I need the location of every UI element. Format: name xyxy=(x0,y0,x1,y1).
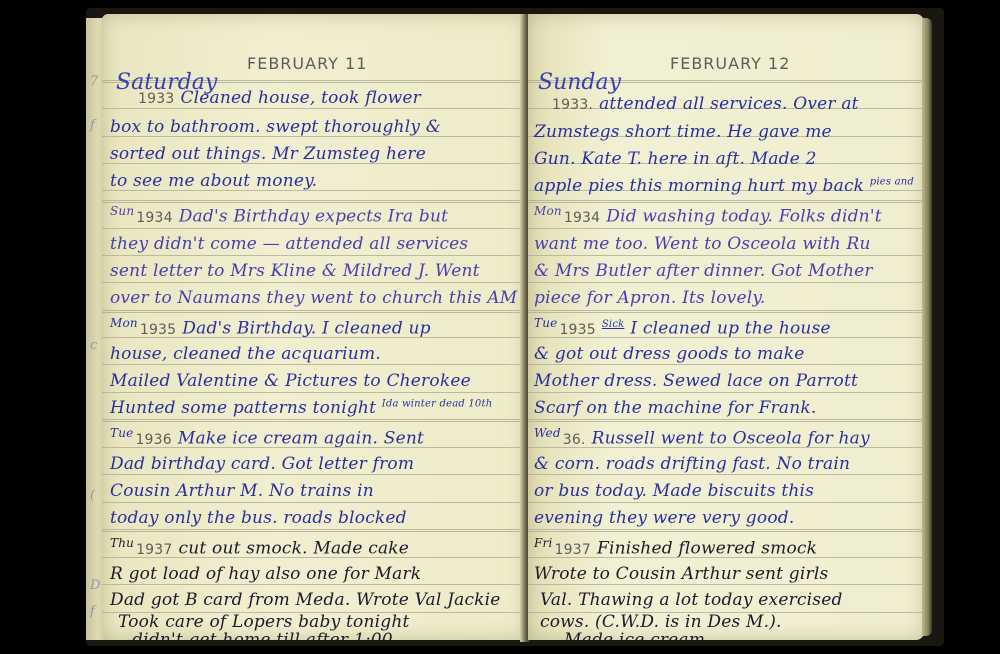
ruled-line xyxy=(528,282,924,283)
entry-line: didn't get home till after 1:00 xyxy=(132,630,393,640)
entry-line: 1933.attended all services. Over at xyxy=(552,94,859,114)
right-page: FEBRUARY 12 Sunday 1933.attended all ser… xyxy=(528,14,924,640)
ruled-line xyxy=(102,364,526,365)
margin-note: Ida winter dead 10th xyxy=(382,398,493,409)
entry-line: apple pies this morning hurt my back pie… xyxy=(534,176,914,196)
entry-line: Tue1936Make ice cream again. Sent xyxy=(110,426,424,449)
entry-line: they didn't come — attended all services xyxy=(110,234,468,254)
entry-line: over to Naumans they went to church this… xyxy=(110,288,517,308)
entry-year: 1937 xyxy=(555,542,591,558)
entry-line: Made ice cream xyxy=(564,630,705,640)
entry-rule xyxy=(528,529,924,532)
entry-line: evening they were very good. xyxy=(534,508,794,528)
entry-line: today only the bus. roads blocked xyxy=(110,508,407,528)
entry-rule xyxy=(528,310,924,313)
entry-line: Wed36.Russell went to Osceola for hay xyxy=(534,426,870,449)
date-heading: FEBRUARY 12 xyxy=(670,54,790,73)
entry-line: Dad birthday card. Got letter from xyxy=(110,454,414,474)
entry-line: Gun. Kate T. here in aft. Made 2 xyxy=(534,149,817,169)
left-page: FEBRUARY 11 Saturday 1933Cleaned house, … xyxy=(102,14,526,640)
ruled-line xyxy=(102,502,526,503)
ruled-line xyxy=(102,108,526,109)
ruled-line xyxy=(528,364,924,365)
entry-line: & corn. roads drifting fast. No train xyxy=(534,454,850,474)
entry-line: Mon1934Did washing today. Folks didn't xyxy=(534,204,882,227)
entry-weekday: Fri xyxy=(534,536,553,550)
ruled-line xyxy=(528,502,924,503)
entry-line: Cousin Arthur M. No trains in xyxy=(110,481,374,501)
ruled-line xyxy=(528,584,924,585)
entry-year: 1935 xyxy=(559,322,595,338)
ruled-line xyxy=(102,392,526,393)
entry-line: box to bathroom. swept thoroughly & xyxy=(110,117,441,137)
entry-line: to see me about money. xyxy=(110,171,317,191)
entry-line: want me too. Went to Osceola with Ru xyxy=(534,234,871,254)
entry-year: 36. xyxy=(563,432,586,448)
entry-line: sent letter to Mrs Kline & Mildred J. We… xyxy=(110,261,480,281)
entry-year: 1937 xyxy=(136,542,172,558)
entry-year: 1934 xyxy=(564,210,600,226)
ruled-line xyxy=(102,282,526,283)
entry-weekday: Wed xyxy=(534,426,561,440)
entry-line: & Mrs Butler after dinner. Got Mother xyxy=(534,261,873,281)
entry-rule xyxy=(102,310,526,313)
entry-line: Took care of Lopers baby tonight xyxy=(118,612,410,632)
entry-year: 1933 xyxy=(138,91,174,107)
entry-weekday: Thu xyxy=(110,536,134,550)
entry-line: Hunted some patterns tonight Ida winter … xyxy=(110,398,492,418)
entry-line: Dad got B card from Meda. Wrote Val Jack… xyxy=(110,590,501,610)
ruled-line xyxy=(102,228,526,229)
date-heading: FEBRUARY 11 xyxy=(247,54,367,73)
entry-weekday: Mon xyxy=(534,204,562,218)
ruled-line xyxy=(528,228,924,229)
entry-line: Thu1937cut out smock. Made cake xyxy=(110,536,409,559)
entry-line: Mailed Valentine & Pictures to Cherokee xyxy=(110,371,471,391)
entry-weekday: Tue xyxy=(534,316,557,330)
entry-weekday: Tue xyxy=(110,426,133,440)
entry-line: piece for Apron. Its lovely. xyxy=(534,288,766,308)
entry-line: & got out dress goods to make xyxy=(534,344,804,364)
entry-rule xyxy=(102,529,526,532)
entry-line: Sun1934Dad's Birthday expects Ira but xyxy=(110,204,448,227)
entry-rule xyxy=(102,419,526,422)
entry-line: Scarf on the machine for Frank. xyxy=(534,398,817,418)
entry-line: Tue1935SickI cleaned up the house xyxy=(534,316,831,339)
entry-rule xyxy=(528,419,924,422)
day-label: Sunday xyxy=(538,70,621,95)
ruled-line xyxy=(102,584,526,585)
margin-note: pies and xyxy=(870,176,914,187)
entry-year: 1934 xyxy=(136,210,172,226)
entry-line: Zumstegs short time. He gave me xyxy=(534,122,832,142)
entry-line: house, cleaned the acquarium. xyxy=(110,344,381,364)
entry-rule xyxy=(528,200,924,203)
entry-rule xyxy=(102,200,526,203)
ruled-line xyxy=(528,255,924,256)
entry-line: Val. Thawing a lot today exercised xyxy=(540,590,843,610)
entry-line: 1933Cleaned house, took flower xyxy=(138,88,421,108)
page-stack-edge xyxy=(922,18,932,636)
entry-weekday: Mon xyxy=(110,316,138,330)
entry-status-note: Sick xyxy=(602,319,625,330)
entry-line: cows. (C.W.D. is in Des M.). xyxy=(540,612,782,632)
entry-year: 1936 xyxy=(135,432,171,448)
entry-line: or bus today. Made biscuits this xyxy=(534,481,814,501)
entry-weekday: Sun xyxy=(110,204,134,218)
entry-line: Mother dress. Sewed lace on Parrott xyxy=(534,371,858,391)
entry-line: Mon1935Dad's Birthday. I cleaned up xyxy=(110,316,431,339)
ruled-line xyxy=(528,392,924,393)
ruled-line xyxy=(102,474,526,475)
entry-year: 1933. xyxy=(552,97,593,113)
ruled-line xyxy=(528,474,924,475)
entry-line: sorted out things. Mr Zumsteg here xyxy=(110,144,426,164)
entry-year: 1935 xyxy=(140,322,176,338)
ruled-line xyxy=(102,255,526,256)
entry-line: Wrote to Cousin Arthur sent girls xyxy=(534,564,828,584)
entry-line: Fri1937Finished flowered smock xyxy=(534,536,817,559)
entry-line: R got load of hay also one for Mark xyxy=(110,564,421,584)
